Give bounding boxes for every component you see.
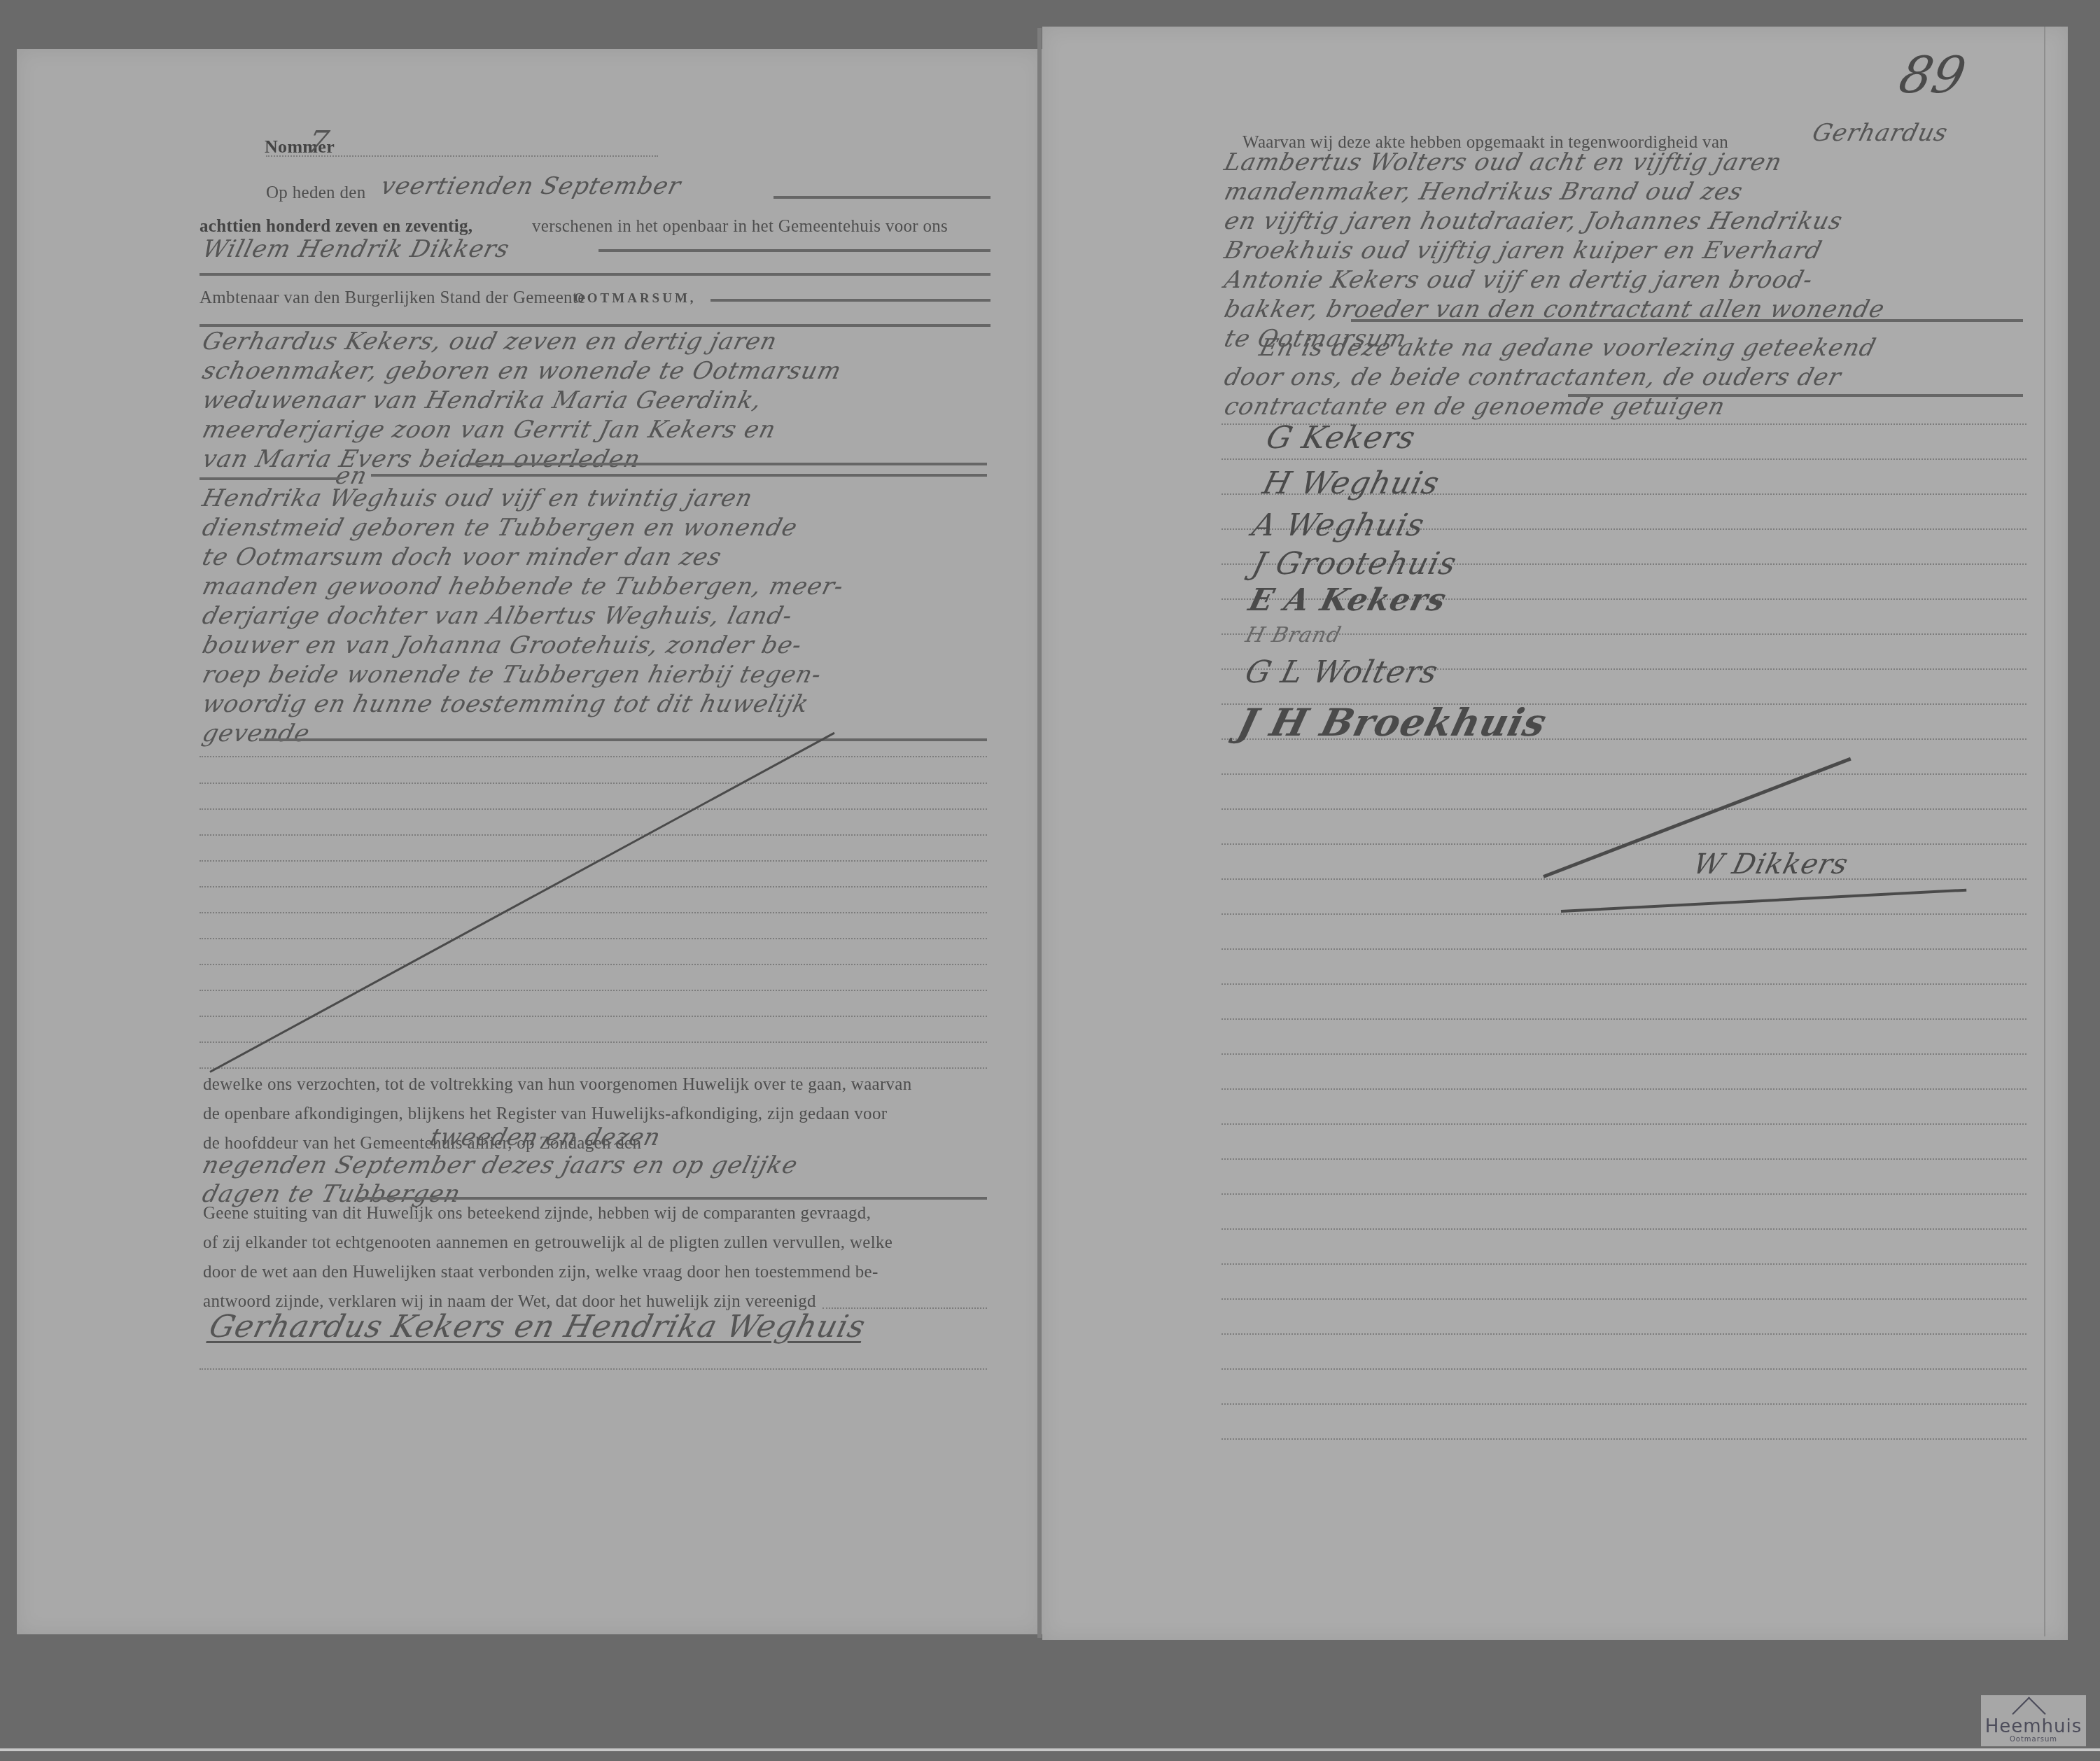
dotted-rule: [199, 1368, 987, 1370]
bride-line: bouwer en van Johanna Grootehuis, zonder…: [199, 631, 805, 659]
signature: J H Broekhuis: [1233, 700, 1551, 745]
logo-place: Ootmarsum: [1981, 1736, 2086, 1744]
signature: H Weghuis: [1259, 465, 1443, 501]
bride-line: derjarige dochter van Albertus Weghuis, …: [199, 602, 795, 630]
fill-rule: [469, 463, 987, 465]
vows-text: Geene stuiting van dit Huwelijk ons bete…: [203, 1204, 871, 1223]
witness-line: Antonie Kekers oud vijf en dertig jaren …: [1221, 266, 1816, 294]
left-page: [17, 49, 1042, 1634]
appeared-text: verschenen in het openbaar in het Gemeen…: [532, 217, 948, 237]
groom-line: Gerhardus Kekers, oud zeven en dertig ja…: [199, 328, 780, 356]
signature: J Grootehuis: [1249, 546, 1461, 582]
groom-line: weduwenaar van Hendrika Maria Geerdink,: [199, 386, 765, 414]
witness-line: Lambertus Wolters oud acht en vijftig ja…: [1221, 148, 1785, 176]
folio-number: 89: [1894, 45, 1970, 104]
book-gutter: [1037, 28, 1042, 1638]
signature: H Brand: [1243, 623, 1344, 647]
closing-line: En is deze akte na gedane voorlezing get…: [1256, 334, 1879, 362]
vows-text: door de wet aan den Huwelijken staat ver…: [203, 1263, 878, 1282]
vows-text: of zij elkander tot echtgenooten aanneme…: [203, 1233, 892, 1253]
banns-text: de openbare afkondigingen, blijkens het …: [203, 1104, 887, 1124]
signature: G L Wolters: [1242, 654, 1442, 690]
fill-rule: [371, 474, 987, 477]
fill-rule: [710, 299, 990, 302]
scan-border: [0, 1748, 2100, 1751]
signature: G Kekers: [1263, 420, 1420, 456]
closing-line: contractante en de genoemde getuigen: [1221, 393, 1728, 421]
page-edge: [2044, 27, 2045, 1636]
date-year: achttien honderd zeven en zeventig,: [199, 217, 472, 237]
fill-rule: [357, 1197, 987, 1200]
groom-line: meerderjarige zoon van Gerrit Jan Kekers…: [199, 416, 779, 444]
official-title: Ambtenaar van den Burgerlijken Stand der…: [199, 288, 586, 308]
bride-line: dienstmeid geboren te Tubbergen en wonen…: [199, 514, 801, 542]
bride-line: roep beide wonende te Tubbergen hierbij …: [199, 661, 825, 689]
bride-line: Hendrika Weghuis oud vijf en twintig jar…: [199, 484, 756, 512]
fill-rule: [773, 196, 990, 199]
bride-line: te Ootmarsum doch voor minder dan zes: [199, 543, 724, 571]
fill-rule: [1351, 319, 2023, 322]
banns-dates: negenden September dezes jaars en op gel…: [199, 1151, 801, 1179]
official-signature: W Dikkers: [1690, 848, 1851, 880]
fill-rule: [1568, 394, 2023, 397]
witness-line: mandenmaker, Hendrikus Brand oud zes: [1221, 178, 1746, 206]
witness-line: en vijftig jaren houtdraaier, Johannes H…: [1221, 207, 1846, 235]
bride-line: maanden gewoond hebbende te Tubbergen, m…: [199, 573, 847, 601]
bride-line: gevende: [199, 720, 313, 748]
witness-first-name: Gerhardus: [1809, 119, 1951, 147]
fill-rule: [199, 477, 339, 480]
dotted-rule: [266, 155, 658, 157]
date-intro: Op heden den: [266, 183, 365, 203]
official-name: Willem Hendrik Dikkers: [199, 235, 512, 263]
banns-dates: tweeden en dezen: [427, 1123, 664, 1151]
signature: E A Kekers: [1245, 582, 1450, 618]
bride-line: woordig en hunne toestemming tot dit huw…: [199, 690, 812, 718]
date-day-month: veertienden September: [378, 172, 684, 200]
fill-rule: [598, 249, 990, 252]
municipality: OOTMARSUM,: [574, 291, 696, 307]
heemhuis-logo: Heemhuis Ootmarsum: [1981, 1695, 2086, 1746]
couple-names: Gerhardus Kekers en Hendrika Weghuis: [206, 1309, 869, 1345]
signature: A Weghuis: [1249, 507, 1429, 543]
closing-line: door ons, de beide contractanten, de oud…: [1221, 363, 1844, 391]
groom-line: schoenmaker, geboren en wonende te Ootma…: [199, 357, 844, 385]
fill-rule: [199, 324, 990, 327]
logo-name: Heemhuis: [1981, 1716, 2086, 1737]
banns-text: dewelke ons verzochten, tot de voltrekki…: [203, 1075, 912, 1095]
witness-line: Broekhuis oud vijftig jaren kuiper en Ev…: [1221, 237, 1825, 265]
fill-rule: [259, 738, 987, 741]
fill-rule: [199, 273, 990, 276]
groom-line: van Maria Evers beiden overleden: [199, 445, 643, 473]
